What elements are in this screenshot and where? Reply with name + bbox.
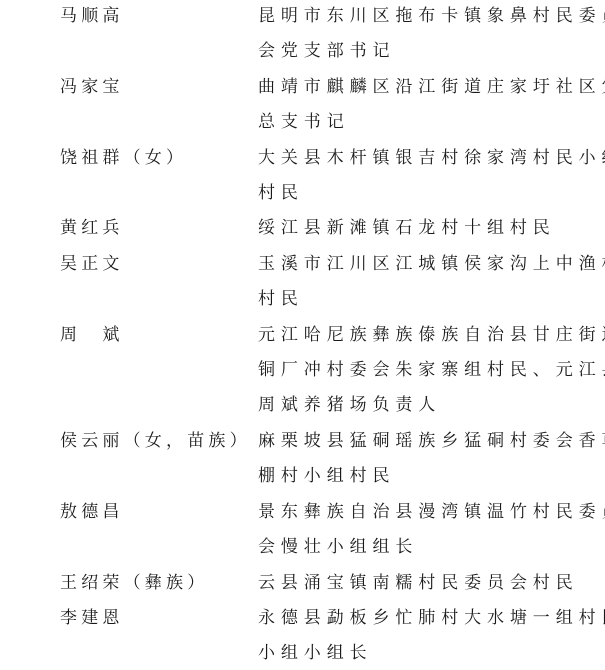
person-description: 永德县勐板乡忙肺村大水塘一组村民 小组小组长 — [258, 601, 588, 670]
description-line: 总支书记 — [258, 105, 588, 140]
list-item: 黄红兵 绥江县新滩镇石龙村十组村民 — [0, 211, 605, 246]
description-line: 会党支部书记 — [258, 34, 588, 69]
list-item: 冯家宝 曲靖市麒麟区沿江街道庄家圩社区党 总支书记 — [0, 70, 605, 141]
person-description: 大关县木杆镇银吉村徐家湾村民小组 村民 — [258, 141, 588, 212]
list-item: 马顺高 昆明市东川区拖布卡镇象鼻村民委员 会党支部书记 — [0, 0, 605, 70]
description-line: 云县涌宝镇南糯村民委员会村民 — [258, 566, 588, 601]
description-line: 绥江县新滩镇石龙村十组村民 — [258, 211, 588, 246]
person-name: 饶祖群（女） — [0, 141, 258, 176]
list-item: 王绍荣（彝族） 云县涌宝镇南糯村民委员会村民 — [0, 566, 605, 601]
person-description: 元江哈尼族彝族傣族自治县甘庄街道 铜厂冲村委会朱家寨组村民、元江县 周斌养猪场负… — [258, 318, 588, 424]
list-item: 敖德昌 景东彝族自治县漫湾镇温竹村民委员 会慢壮小组组长 — [0, 495, 605, 566]
person-description: 景东彝族自治县漫湾镇温竹村民委员 会慢壮小组组长 — [258, 495, 588, 566]
description-line: 永德县勐板乡忙肺村大水塘一组村民 — [258, 601, 588, 636]
person-description: 曲靖市麒麟区沿江街道庄家圩社区党 总支书记 — [258, 70, 588, 141]
description-line: 周斌养猪场负责人 — [258, 388, 588, 423]
description-line: 昆明市东川区拖布卡镇象鼻村民委员 — [258, 0, 588, 34]
person-description: 云县涌宝镇南糯村民委员会村民 — [258, 566, 588, 601]
description-line: 会慢壮小组组长 — [258, 530, 588, 565]
description-line: 玉溪市江川区江城镇侯家沟上中渔村 — [258, 247, 588, 282]
description-line: 大关县木杆镇银吉村徐家湾村民小组 — [258, 141, 588, 176]
person-description: 玉溪市江川区江城镇侯家沟上中渔村 村民 — [258, 247, 588, 318]
person-name: 马顺高 — [0, 0, 258, 34]
description-line: 曲靖市麒麟区沿江街道庄家圩社区党 — [258, 70, 588, 105]
list-item: 周 斌 元江哈尼族彝族傣族自治县甘庄街道 铜厂冲村委会朱家寨组村民、元江县 周斌… — [0, 318, 605, 424]
person-name: 吴正文 — [0, 247, 258, 282]
description-line: 景东彝族自治县漫湾镇温竹村民委员 — [258, 495, 588, 530]
person-description: 绥江县新滩镇石龙村十组村民 — [258, 211, 588, 246]
person-description: 麻栗坡县猛硐瑶族乡猛硐村委会香草 棚村小组村民 — [258, 424, 588, 495]
person-name: 黄红兵 — [0, 211, 258, 246]
person-name: 冯家宝 — [0, 70, 258, 105]
list-item: 吴正文 玉溪市江川区江城镇侯家沟上中渔村 村民 — [0, 247, 605, 318]
person-name: 李建恩 — [0, 601, 258, 636]
description-line: 棚村小组村民 — [258, 459, 588, 494]
list-item: 饶祖群（女） 大关县木杆镇银吉村徐家湾村民小组 村民 — [0, 141, 605, 212]
description-line: 村民 — [258, 282, 588, 317]
person-name: 侯云丽（女，苗族） — [0, 424, 258, 459]
list-item: 李建恩 永德县勐板乡忙肺村大水塘一组村民 小组小组长 — [0, 601, 605, 670]
person-name: 敖德昌 — [0, 495, 258, 530]
description-line: 元江哈尼族彝族傣族自治县甘庄街道 — [258, 318, 588, 353]
description-line: 小组小组长 — [258, 636, 588, 670]
person-name: 周 斌 — [0, 318, 258, 353]
person-description: 昆明市东川区拖布卡镇象鼻村民委员 会党支部书记 — [258, 0, 588, 70]
list-item: 侯云丽（女，苗族） 麻栗坡县猛硐瑶族乡猛硐村委会香草 棚村小组村民 — [0, 424, 605, 495]
description-line: 村民 — [258, 176, 588, 211]
honoree-list: 马顺高 昆明市东川区拖布卡镇象鼻村民委员 会党支部书记 冯家宝 曲靖市麒麟区沿江… — [0, 0, 605, 670]
description-line: 铜厂冲村委会朱家寨组村民、元江县 — [258, 353, 588, 388]
description-line: 麻栗坡县猛硐瑶族乡猛硐村委会香草 — [258, 424, 588, 459]
person-name: 王绍荣（彝族） — [0, 566, 258, 601]
